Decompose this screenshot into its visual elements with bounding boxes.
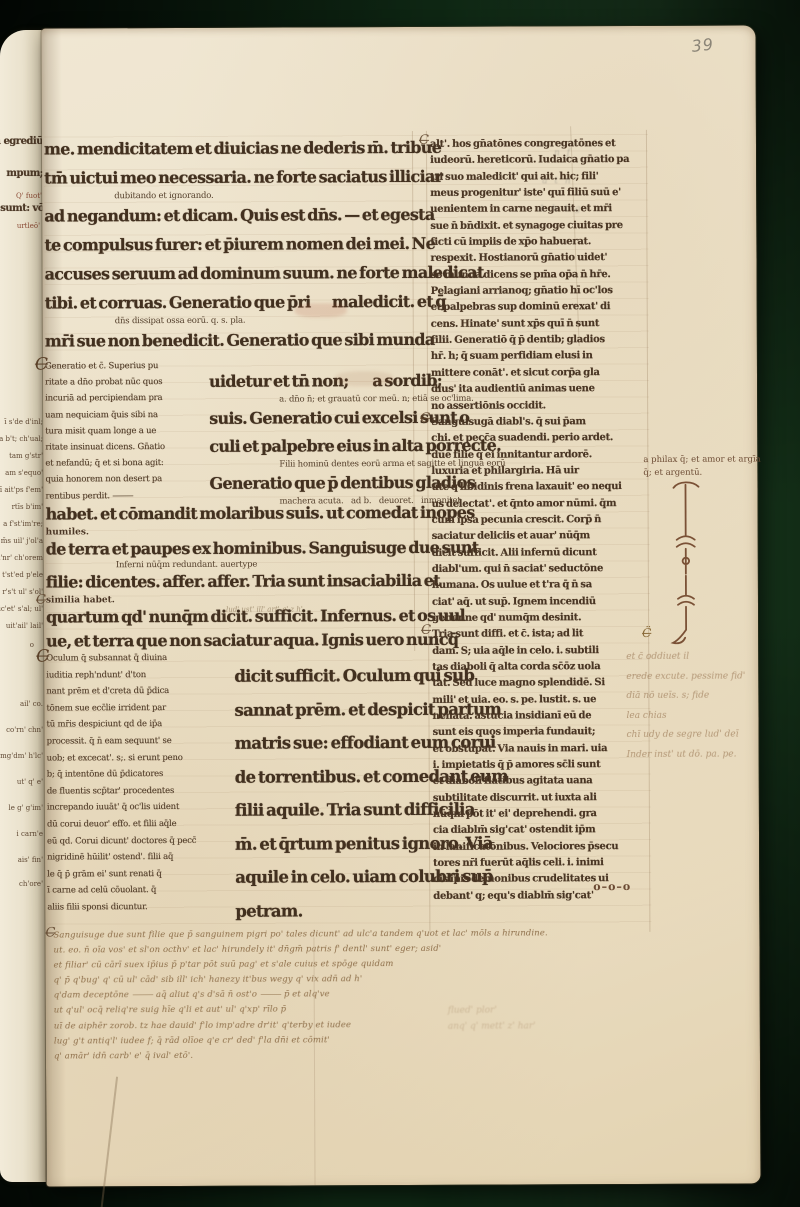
text-line: sannat prēm. et despicit partum	[234, 692, 436, 726]
text-line: mili' et uia. eo. s. pe. lustit. s. ue	[432, 692, 650, 709]
text-line: anq' q' mett' z' har'	[448, 1018, 648, 1035]
text-line: dicit sufficit. Oculum qui sub	[234, 659, 436, 693]
text-line: nūq̄m pōt it' ei' deprehendi. gra	[433, 806, 651, 823]
text-line: ritate insinuat dicens. Gn̄atio	[45, 439, 209, 456]
text-line: iudeorū. hereticorū. Iudaica gn̄atio pa	[430, 152, 648, 169]
text-line: quia honorem non desert pa	[45, 471, 209, 488]
text-line: meus progenitur' iste' quī filiū suū e'	[430, 185, 648, 202]
text-line: sue n̄ bn̄dixit. et synagoge ciuitas pre	[430, 218, 648, 235]
text-line: et diaboli flatibus agitata uana	[433, 773, 651, 790]
paraph-mark: C	[36, 647, 49, 667]
prev-folio-fragment: a egrediū	[0, 136, 43, 147]
text-line: a philax q̄; et amor et argīa	[643, 453, 755, 466]
text-line: dius' ita audientiū animas uene	[431, 381, 649, 398]
bottom-right-faint-note: flued' plor'anq' q' mett' z' har'	[448, 1002, 648, 1035]
text-line: tōnem sue ecc̄lie irrident par	[46, 700, 236, 717]
text-line: ciat' aq̄. ut sup̄. Ignem incendiū	[432, 594, 650, 611]
prev-folio-fragment: m̄s uil' j'ol'a	[1, 537, 43, 545]
prev-folio-fragment: le g' g'im'	[9, 804, 43, 812]
text-line: Pelagiani arrianoq; gn̄atio hī oc'los	[431, 283, 649, 300]
text-line: cens. Hinate' sunt xp̄s quī n̄ sunt	[431, 316, 649, 333]
paraph-mark: C	[419, 133, 429, 148]
text-line: matris sue: effodiant eum corui	[235, 726, 437, 760]
text-line: de terra et paupes ex hominibus. Sanguis…	[46, 535, 436, 561]
prev-folio-fragment: mpum;	[6, 168, 43, 179]
text-line: et filiar' cū cārī suex ip̄ius p̄ p'tar …	[54, 957, 448, 974]
text-line: in lanificatōnibus. Velociores p̄secu	[433, 839, 651, 856]
text-line: Generatio et c̄. Superius pu	[45, 358, 209, 375]
paraph-mark: C	[420, 411, 430, 426]
text-line: uob; et excecat'. s;. si erunt peno	[47, 749, 237, 766]
text-line: humana. Os uulue et t'ra q̄ n̄ sa	[432, 577, 650, 594]
text-line: accuses seruum ad dominum suum. ne forte…	[44, 258, 430, 289]
text-line: increpando iuuāt' q̄ oc'lis uident	[47, 799, 237, 816]
prev-folio-fragment: ail' co.	[20, 700, 43, 708]
prev-folio-fragment: ī s'de d'inl;	[4, 418, 43, 426]
text-line: aquile in celo. uiam colubri sup̄	[235, 860, 437, 894]
prev-folio-fragment: co'rn' chn'	[6, 726, 43, 734]
text-line: suis. Generatio cui excelsi sunt o	[209, 404, 433, 433]
commentary-column-right: alt'. hos gn̄atōnes congregatōnes etiude…	[430, 136, 651, 905]
prev-folio-fragment: tam g'str'	[9, 452, 43, 460]
text-line: cum ipsa pecunia crescit. Corp̄ n̄	[432, 512, 650, 529]
text-line: luxuria et philargiria. Hā uir	[431, 463, 649, 480]
text-line: et palpebras sup dominū erexat' di	[431, 299, 649, 316]
marginal-gloss-left-upper: Generatio et c̄. Superius puritate a dn̄…	[45, 358, 210, 505]
marginal-gloss-left-lower: Oculum q̄ subsannat q̄ diuinaiuditia rep…	[46, 650, 237, 916]
text-line: tat. Sed luce magno splendidē. Si	[432, 675, 650, 692]
main-text-upper: me. mendicitatem et diuicias ne dederis …	[44, 133, 431, 356]
text-line: lug' g't antiq'l' iudee f; q̄ rād olīoe …	[54, 1032, 448, 1049]
text-line: et c̄ oddiuet il	[626, 647, 798, 667]
text-line: m̄. et q̄rtum penitus ignoro. Viā	[235, 826, 437, 860]
prev-folio-fragment: a f'st'im're;	[3, 520, 43, 528]
prev-folio-fragment: rtīs b'im'	[12, 503, 43, 511]
prev-folio-fragment: ch'ore'	[19, 880, 43, 888]
prev-folio-fragment: o	[30, 641, 34, 649]
text-line: ad negandum: et dicam. Quis est dn̄s. — …	[44, 200, 430, 231]
text-line: te compulsus furer: et p̄iurem nomen dei…	[44, 229, 430, 260]
prev-folio-fragment: ut' q' e'	[17, 778, 43, 786]
text-line: no assertiōnis occidit.	[431, 397, 649, 414]
text-line: ficti cū impiis de xp̄o habuerat.	[430, 234, 648, 251]
text-line: et nefandū; q̄ et si bona agit:	[45, 455, 209, 472]
text-line: le q̄ p̄ grām ei' sunt renati q̄	[47, 865, 237, 882]
text-line: diā nō ueīs. s; fide	[626, 686, 798, 706]
text-line: ut. eo. n̄ oīa vos' et sl'on octhv' et l…	[53, 942, 447, 959]
text-line: Inder inst' ut dō. pa. pe.	[627, 745, 799, 765]
text-line: tri suo maledicit' qui ait. hic; fili'	[430, 169, 648, 186]
text-line: ritate a dn̄o probat nūc quos	[45, 374, 209, 391]
prev-folio-fragment: ā sumt: vō	[0, 203, 44, 214]
text-line: dū corui deuor' effo. et filii aq̄le	[47, 816, 237, 833]
text-line: subtilitate discurrit. ut iuxta ali	[433, 790, 651, 807]
text-line: tores nr̄i fuerūt aq̄lis celi. i. inimi	[433, 855, 651, 872]
main-text-full-width: habet. et cōmandit molaribus suis. ut co…	[46, 501, 437, 654]
text-line: Generatio que p̄ dentibus gladios	[209, 469, 433, 498]
text-line: alt'. hos gn̄atōnes congregatōnes et	[430, 136, 648, 153]
text-line: diabl'um. qui n̄ saciat' seductōne	[432, 561, 650, 578]
pencil-note: a t n	[542, 176, 573, 186]
text-line: ut q'ul' ocq̄ reliq're suig hīe q'li et …	[54, 1002, 448, 1019]
paraph-mark: C	[36, 593, 46, 608]
gold-paraph-mark: C̈	[642, 626, 651, 640]
text-line: tm̄ uictui meo necessaria. ne forte saci…	[44, 162, 430, 193]
text-line: se munda dicens se pm̄a op̄a n̄ hr̄e.	[431, 267, 649, 284]
text-line: Oculum q̄ subsannat q̄ diuina	[46, 650, 236, 667]
pencil-note: n f	[554, 148, 572, 158]
prev-folio-fragment: uit'ail' lail'	[6, 622, 43, 630]
text-line: Sanguisuge due sunt filie que p̄ sanguin…	[53, 927, 447, 944]
paraph-mark: C	[35, 355, 48, 375]
text-line: Tria sunt diffi. et c̄. ista; ad lit	[432, 626, 650, 643]
text-line: due filie q̄ ei innitantur ardorē.	[431, 446, 649, 463]
text-line: respexit. Hostianorū gn̄atio uidet'	[430, 250, 648, 267]
text-line: Sanguisugā diabl's. q̄ sui p̄am	[431, 414, 649, 431]
prev-folio-fragment: i carn'e	[17, 830, 43, 838]
main-text-mid: uidetur et tn̄ non; a sordib;a. dn̄o n̄;…	[209, 367, 434, 507]
text-line: erede excute. pessime fid'	[626, 667, 798, 687]
text-line: mr̄i sue non benedicit. Generatio que si…	[45, 325, 431, 356]
text-line: filie: dicentes. affer. affer. Tria sunt…	[46, 569, 436, 595]
text-line: flued' plor'	[448, 1002, 648, 1019]
text-line: uam nequiciam q̄uis sibi na	[45, 406, 209, 423]
text-line: cia diablm̄ sig'cat' ostendit ip̄m	[433, 822, 651, 839]
text-line: petram.	[235, 893, 437, 927]
text-line: et obstupat. Via nauis in mari. uia	[433, 741, 651, 758]
text-line: incuriā ad percipiendam pra	[45, 390, 209, 407]
text-line: chi. et pecc̄a suadendi. perio ardet.	[431, 430, 649, 447]
text-line: me. mendicitatem et diuicias ne dederis …	[44, 133, 430, 164]
text-line: nigridinē hūilit' ostend'. filii aq̄	[47, 849, 237, 866]
manuscript-page: 39 me. mendicitatem et diuicias ne deder…	[41, 25, 760, 1186]
text-line: tas diaboli q̄ alta corda sc̄ōz uola	[432, 659, 650, 676]
prev-folio-fragment: Q' fuot'	[16, 192, 42, 200]
text-line: b; q̄ intentōne dū p̄dicatores	[47, 766, 237, 783]
text-line: nenata. astucia insidianī eū de	[432, 708, 650, 725]
prev-folio-fragment: as t'st'ed p'ele	[0, 571, 43, 579]
interlinear-scribble: lud' ust' ill' art' q' z h'	[226, 605, 303, 613]
bottom-cursive-annotation: Sanguisuge due sunt filie que p̄ sanguin…	[53, 927, 448, 1065]
text-line: ute q̄ libidinis frena laxauit' eo nequi	[431, 479, 649, 496]
text-line: lea chias	[626, 706, 798, 726]
text-line: q' p̄ q'bug' q' cū ul' cād' sib ill' ich…	[54, 972, 448, 989]
text-line: tū mr̄is despiciunt qd de ip̄a	[46, 716, 236, 733]
text-line: hr̄. h; q̄ suam perfidiam elusi in	[431, 348, 649, 365]
text-line: habet. et cōmandit molaribus suis. ut co…	[46, 501, 436, 527]
text-line: de fluentis scp̄tar' procedentes	[47, 782, 237, 799]
prev-folio-fragment: am s'equo'	[5, 469, 43, 477]
prev-folio-fragment: mg'dm' h'lc'	[0, 752, 43, 760]
prev-folio-fragment: it'nr' ch'orem	[0, 554, 43, 562]
text-line: chī udy de segre lud' deī	[627, 725, 799, 745]
vertical-flourish-icon	[665, 478, 710, 654]
text-line: gehenne qd' numq̄m desinit.	[432, 610, 650, 627]
margin-note-right-faded: et c̄ oddiuet ilerede excute. pessime fi…	[626, 647, 799, 765]
end-flourish-mark: o–o–o	[593, 880, 631, 893]
text-line: q' amār' idn̄ carb' e' q̄ ival' etō'.	[54, 1048, 448, 1065]
text-line: us delectat'. et q̄nto amor nūmi. q̄m	[432, 495, 650, 512]
text-line: uī de aiphēr zorob. tz hae dauid' f'lo i…	[54, 1017, 448, 1034]
text-line: saciatur deliciis et auar' nūq̄m	[432, 528, 650, 545]
text-line: aliis filii sponsi dicuntur.	[47, 899, 237, 916]
text-line: culi et palpebre eius in alta porrecte.	[209, 432, 433, 461]
paraph-mark: C	[45, 926, 55, 941]
text-line: dam. S; uia aq̄le in celo. i. subtili	[432, 643, 650, 660]
text-line: processit. q̄ n̄ eam sequunt' se	[47, 733, 237, 750]
text-line: sunt eis quos imperia fundauit;	[433, 724, 651, 741]
text-line: dicit sufficit. Alii infernū dicunt	[432, 545, 650, 562]
parchment-crease	[101, 1077, 119, 1207]
prev-folio-fragment: urtleō'	[17, 222, 40, 230]
margin-flourish-ornament	[665, 478, 710, 658]
folio-number: 39	[691, 35, 715, 56]
text-line: i. impietatis q̄ p̄ amores sc̄li sunt	[433, 757, 651, 774]
manuscript-photo: a egrediūmpum;Q' fuot'ā sumt: vōurtleō'ī…	[0, 0, 800, 1207]
margin-note-right: a philax q̄; et amor et argīaq̄; et arge…	[643, 453, 755, 479]
text-line: q'dam deceptōne ⸻ aq̄ aliut q's d'sā n̄ …	[54, 987, 448, 1004]
pencil-note: A h t g	[538, 204, 582, 214]
text-line: iuditia reph'ndunt' d'ton	[46, 666, 236, 683]
text-line: nant prēm et d'creta dū p̄dica	[46, 683, 236, 700]
text-line: tura misit quam longe a ue	[45, 423, 209, 440]
prev-folio-fragment: ais' fin'	[18, 856, 43, 864]
text-line: filii. Generatiō q̄ p̄ dentib; gladios	[431, 332, 649, 349]
text-line: uidetur et tn̄ non; a sordib;	[209, 367, 433, 396]
main-text-lower: dicit sufficit. Oculum qui subsannat prē…	[234, 659, 437, 928]
prev-folio-fragment: ī ait'ps f'em'	[0, 486, 43, 494]
text-line: filii aquile. Tria sunt difficilia	[235, 793, 437, 827]
text-line: tibi. et corruas. Generatio que p̄ri mal…	[45, 287, 431, 318]
text-line: eū qd. Corui dicunt' doctores q̄ pecc̄	[47, 832, 237, 849]
prev-folio-fragment: a b't; ch'ual;	[0, 435, 43, 443]
text-line: mittere conāt'. et sicut corp̄a gla	[431, 365, 649, 382]
text-line: ī carne ad celū cōuolant. q̄	[47, 882, 237, 899]
paraph-mark: C	[421, 623, 431, 638]
text-line: de torrentibus. et comedant eum	[235, 759, 437, 793]
